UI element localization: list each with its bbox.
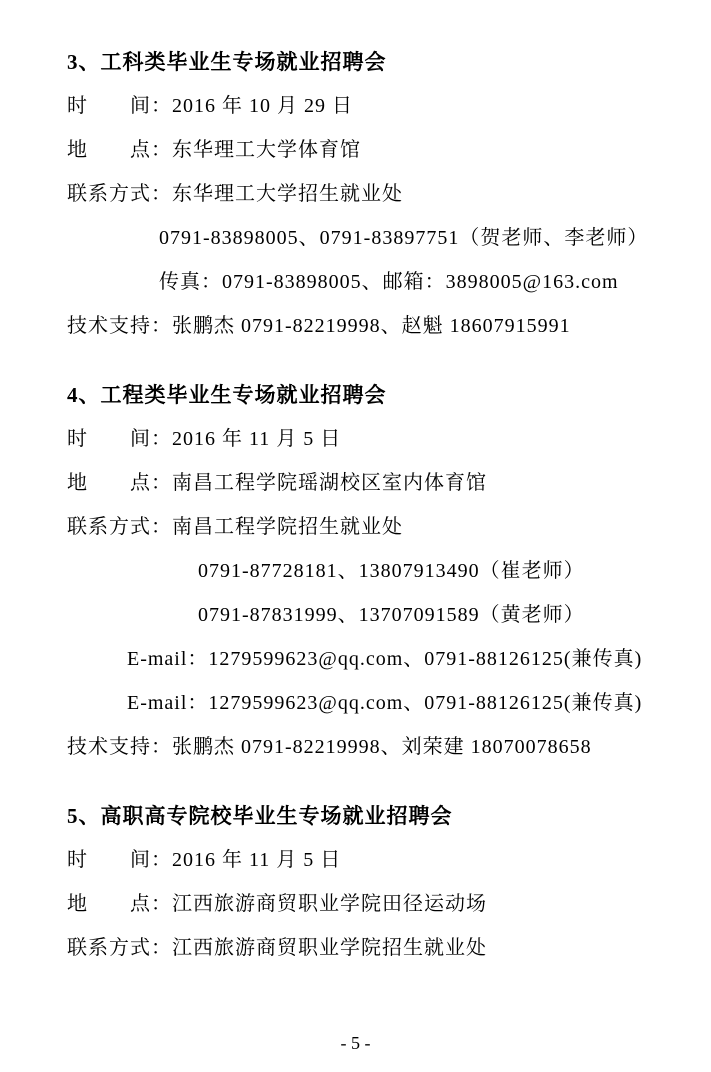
text-line-email: E-mail：1279599623@qq.com、0791-88126125(兼… (67, 647, 666, 671)
text-line-email: E-mail：1279599623@qq.com、0791-88126125(兼… (67, 691, 666, 715)
text-line-tech-support: 技术支持：张鹏杰 0791-82219998、赵魁 18607915991 (67, 314, 666, 338)
section-vocational-college-fair: 5、高职高专院校毕业生专场就业招聘会 时 间：2016 年 11 月 5 日 地… (67, 804, 666, 960)
text-line-time: 时 间：2016 年 11 月 5 日 (67, 848, 666, 872)
text-line-tech-support: 技术支持：张鹏杰 0791-82219998、刘荣建 18070078658 (67, 735, 666, 759)
section-engineering-science-fair: 3、工科类毕业生专场就业招聘会 时 间：2016 年 10 月 29 日 地 点… (67, 50, 666, 338)
text-line-phones: 0791-87831999、13707091589（黄老师） (67, 603, 666, 627)
section-heading: 3、工科类毕业生专场就业招聘会 (67, 50, 666, 74)
section-engineering-fair: 4、工程类毕业生专场就业招聘会 时 间：2016 年 11 月 5 日 地 点：… (67, 383, 666, 759)
text-line-contact: 联系方式：东华理工大学招生就业处 (67, 182, 666, 206)
section-heading: 4、工程类毕业生专场就业招聘会 (67, 383, 666, 407)
text-line-phones: 0791-87728181、13807913490（崔老师） (67, 559, 666, 583)
text-line-contact: 联系方式：南昌工程学院招生就业处 (67, 515, 666, 539)
document-page: 3、工科类毕业生专场就业招聘会 时 间：2016 年 10 月 29 日 地 点… (0, 0, 711, 1072)
text-line-location: 地 点：江西旅游商贸职业学院田径运动场 (67, 892, 666, 916)
section-heading: 5、高职高专院校毕业生专场就业招聘会 (67, 804, 666, 828)
text-line-time: 时 间：2016 年 10 月 29 日 (67, 94, 666, 118)
page-number: - 5 - (0, 1032, 711, 1054)
text-line-location: 地 点：南昌工程学院瑶湖校区室内体育馆 (67, 471, 666, 495)
text-line-contact: 联系方式：江西旅游商贸职业学院招生就业处 (67, 936, 666, 960)
text-line-phones: 0791-83898005、0791-83897751（贺老师、李老师） (67, 226, 666, 250)
text-line-location: 地 点：东华理工大学体育馆 (67, 138, 666, 162)
text-line-time: 时 间：2016 年 11 月 5 日 (67, 427, 666, 451)
text-line-fax-email: 传真：0791-83898005、邮箱：3898005@163.com (67, 270, 666, 294)
